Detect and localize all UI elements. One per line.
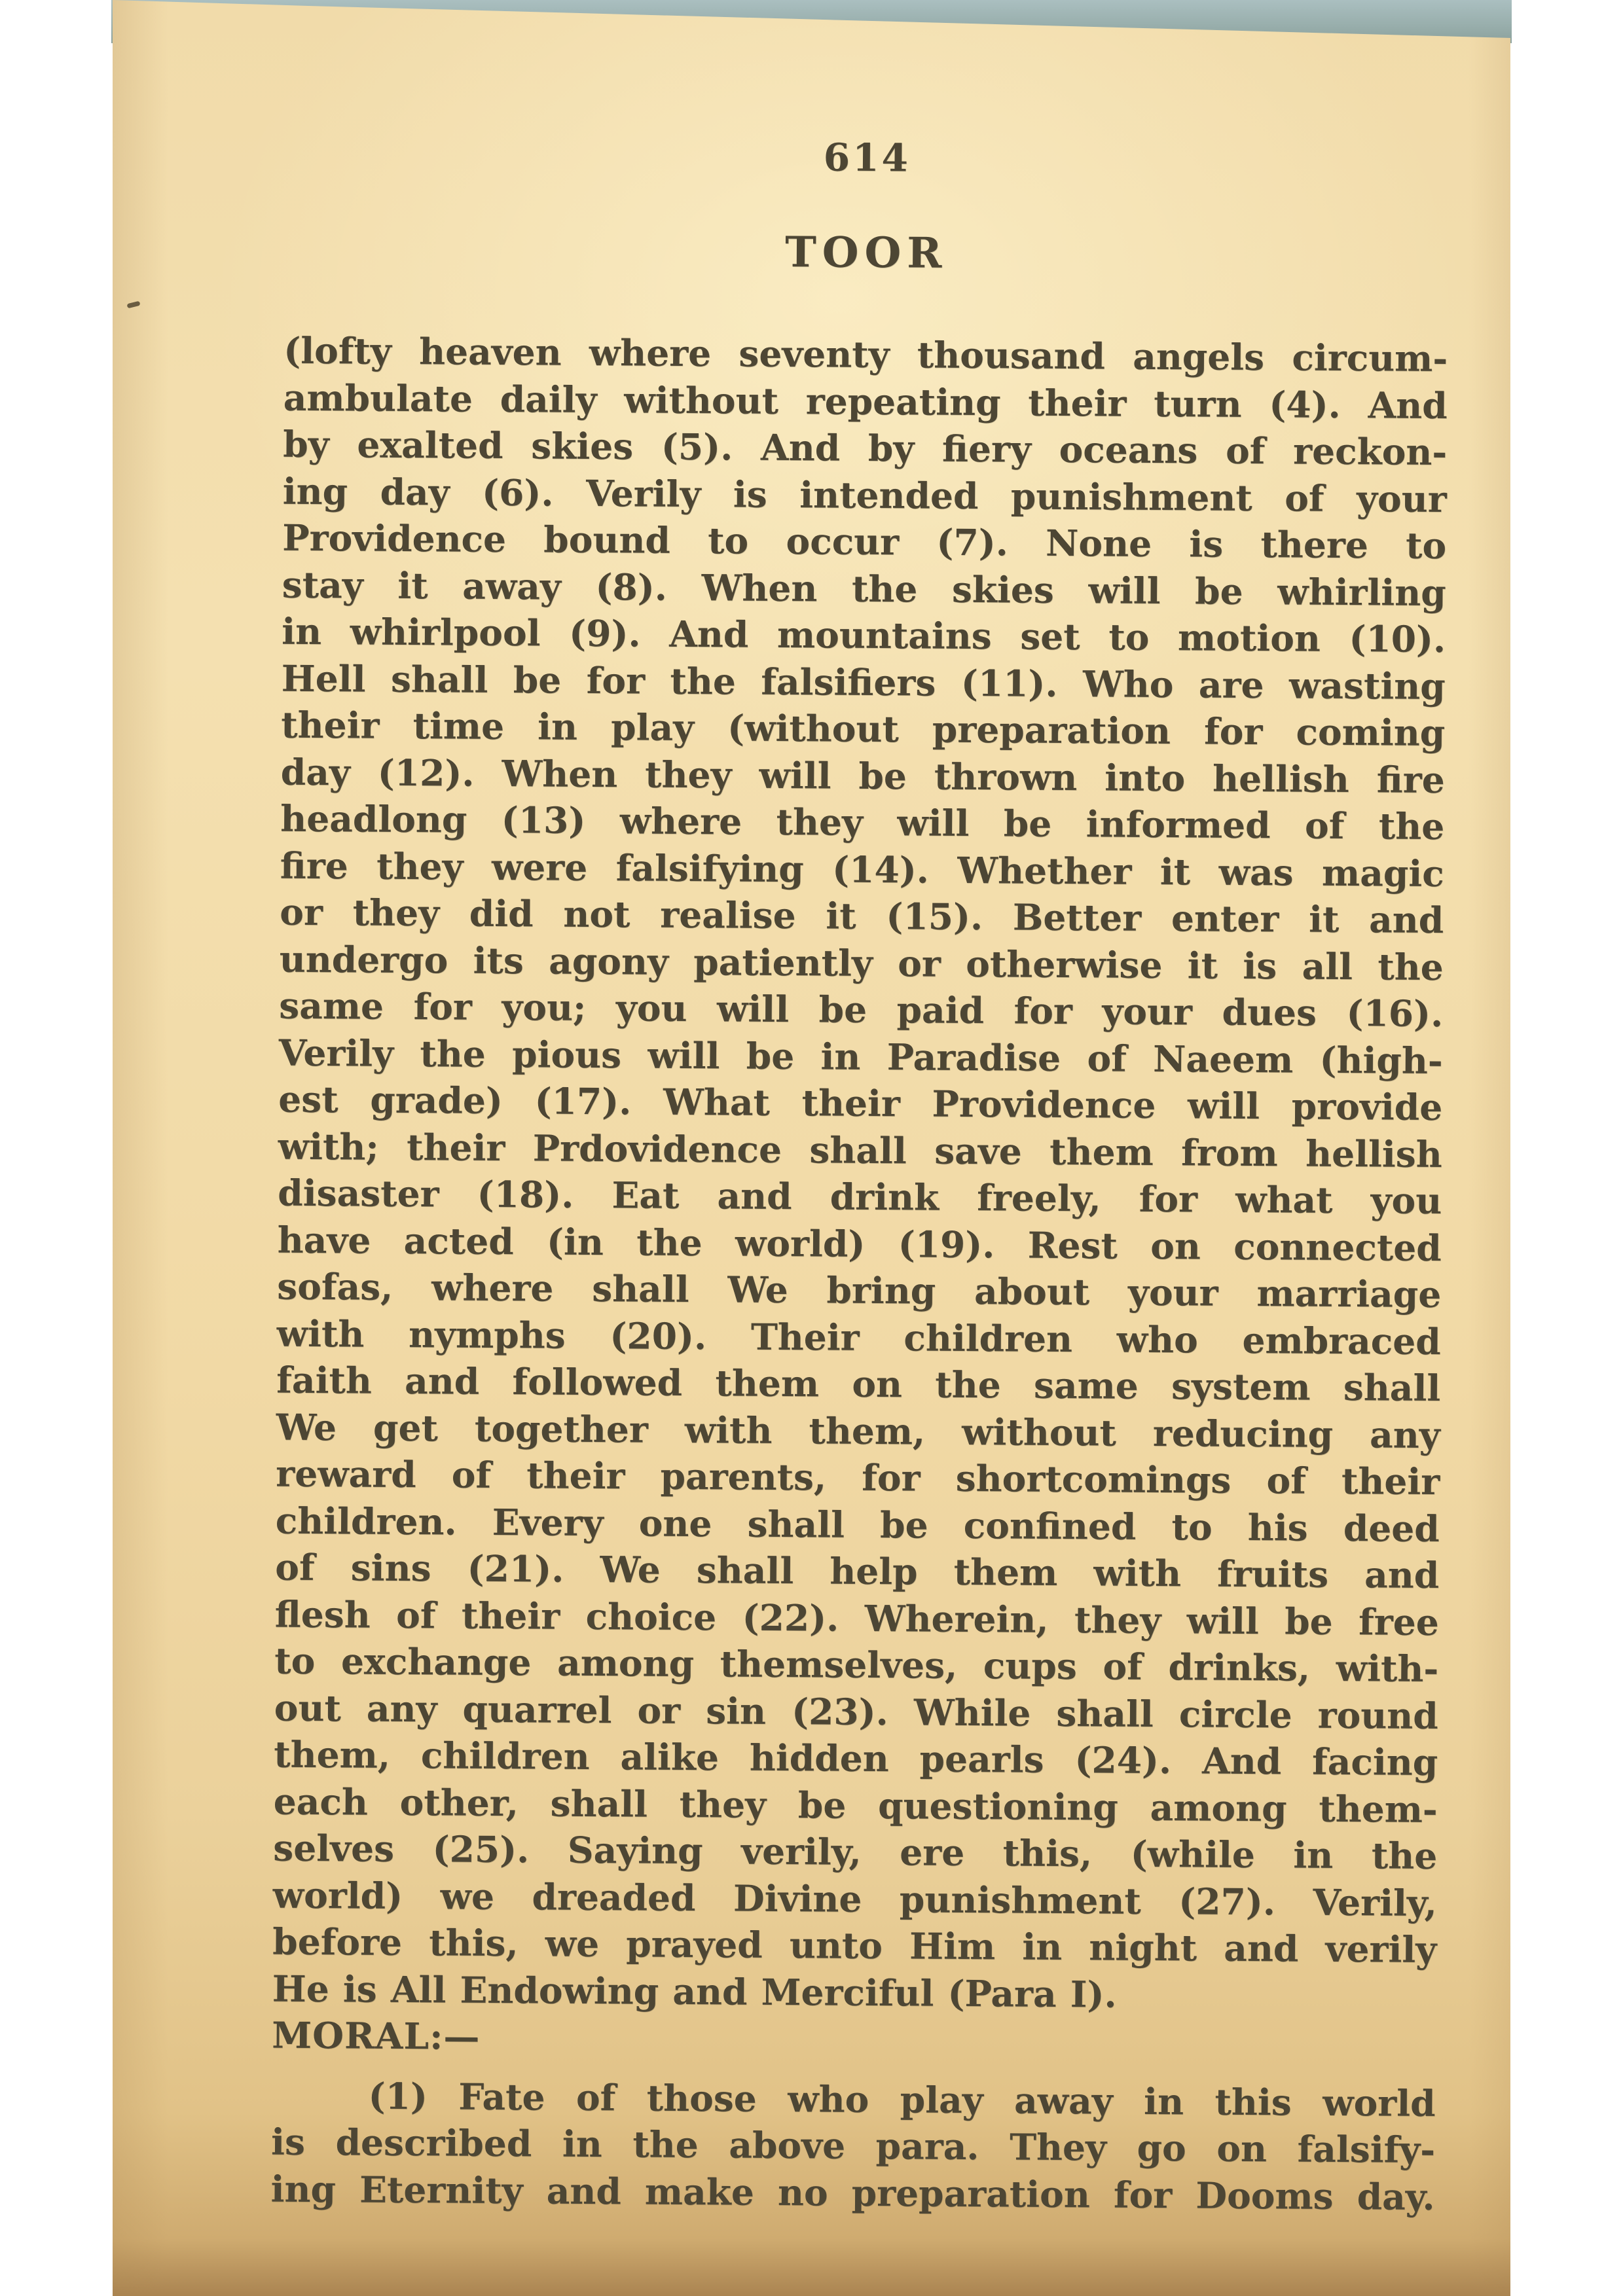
text-line: same for you; you will be paid for your … — [279, 982, 1443, 1037]
book-page: 614 TOOR (lofty heaven where seventy tho… — [113, 0, 1510, 2296]
text-line: children. Every one shall be confined to… — [276, 1497, 1440, 1552]
text-line: world) we dreaded Divine punishment (27)… — [273, 1871, 1437, 1926]
text-line: (lofty heaven where seventy thousand ang… — [283, 327, 1448, 382]
text-line: day (12). When they will be thrown into … — [281, 748, 1445, 803]
text-line: Hell shall be for the falsifiers (11). W… — [282, 655, 1446, 709]
text-line: them, children alike hidden pearls (24).… — [274, 1731, 1438, 1786]
text-line: ambulate daily without repeating their t… — [283, 374, 1448, 429]
text-line: disaster (18). Eat and drink freely, for… — [278, 1170, 1442, 1225]
page-number: 614 — [285, 130, 1449, 186]
text-line: to exchange among themselves, cups of dr… — [274, 1638, 1438, 1693]
text-line: in whirlpool (9). And mountains set to m… — [282, 608, 1446, 663]
moral-heading: MORAL:— — [272, 2012, 1436, 2067]
text-line: flesh of their choice (22). Wherein, the… — [275, 1590, 1439, 1645]
text-line: selves (25). Saying verily, ere this, (w… — [273, 1825, 1437, 1880]
text-line: by exalted skies (5). And by fiery ocean… — [283, 421, 1447, 476]
text-line: before this, we prayed unto Him in night… — [272, 1918, 1436, 1973]
text-line: their time in play (without preparation … — [281, 702, 1445, 757]
text-line: or they did not realise it (15). Better … — [280, 889, 1444, 944]
text-line: of sins (21). We shall help them with fr… — [275, 1544, 1439, 1599]
body-paragraph: (lofty heaven where seventy thousand ang… — [272, 327, 1448, 2020]
text-line: out any quarrel or sin (23). While shall… — [274, 1684, 1438, 1739]
text-line: have acted (in the world) (19). Rest on … — [278, 1216, 1442, 1271]
dust-speck — [126, 301, 140, 309]
text-line: each other, shall they be questioning am… — [274, 1778, 1438, 1833]
text-line: sofas, where shall We bring about your m… — [277, 1263, 1441, 1318]
text-line: with; their Prdovidence shall save them … — [278, 1122, 1442, 1177]
text-line: est grade) (17). What their Providence w… — [278, 1076, 1442, 1131]
text-line: ing day (6). Verily is intended punishme… — [283, 467, 1447, 522]
text-line: Providence bound to occur (7). None is t… — [282, 514, 1446, 569]
text-line: Verily the pious will be in Paradise of … — [279, 1029, 1443, 1084]
scanned-page-canvas: 614 TOOR (lofty heaven where seventy tho… — [0, 0, 1623, 2296]
text-line: undergo its agony patiently or otherwise… — [280, 935, 1444, 990]
text-line: ing Eternity and make no preparation for… — [270, 2165, 1434, 2220]
chapter-title: TOOR — [284, 224, 1449, 283]
text-line: (1) Fate of those who play away in this … — [271, 2072, 1435, 2126]
text-line: He is All Endowing and Merciful (Para I)… — [272, 1965, 1436, 2020]
text-line: We get together with them, without reduc… — [276, 1403, 1440, 1458]
text-line: with nymphs (20). Their children who emb… — [277, 1310, 1441, 1365]
text-line: reward of their parents, for shortcoming… — [276, 1450, 1440, 1505]
page-content: 614 TOOR (lofty heaven where seventy tho… — [270, 0, 1450, 2220]
text-line: faith and followed them on the same syst… — [276, 1357, 1440, 1412]
text-line: headlong (13) where they will be informe… — [280, 795, 1444, 850]
moral-paragraph: (1) Fate of those who play away in this … — [270, 2072, 1435, 2220]
text-line: fire they were falsifying (14). Whether … — [280, 842, 1444, 897]
text-line: stay it away (8). When the skies will be… — [282, 561, 1446, 616]
text-line: is described in the above para. They go … — [271, 2119, 1435, 2174]
